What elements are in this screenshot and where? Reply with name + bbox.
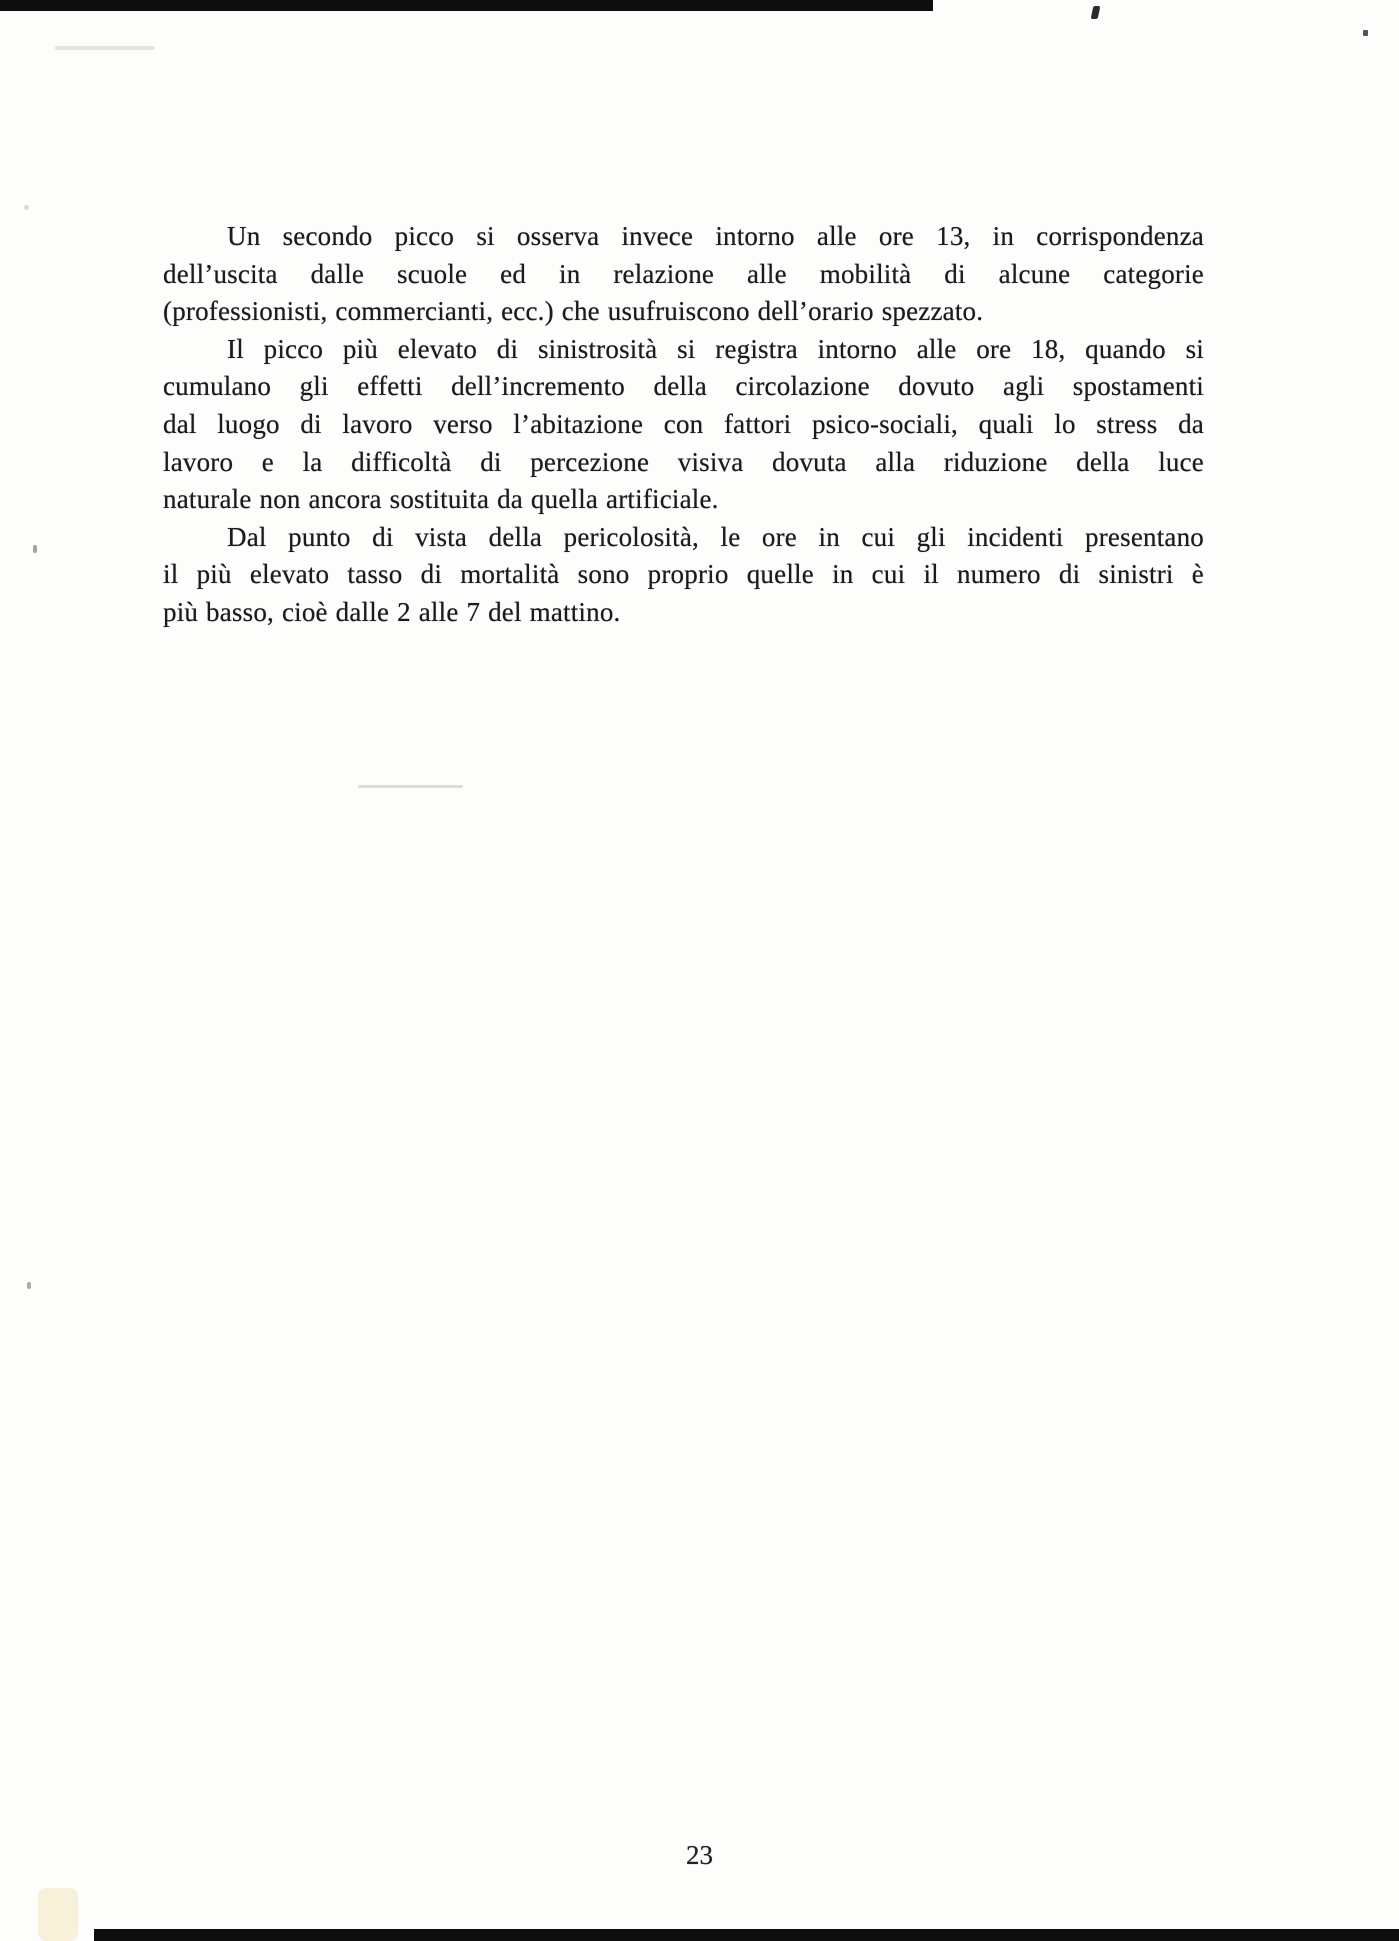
text-line: naturale non ancora sostituita da quella…	[163, 481, 1204, 519]
text-line: Un secondo picco si osserva invece intor…	[163, 218, 1204, 256]
page-text: Un secondo picco si osserva invece intor…	[163, 218, 1204, 632]
text-line: dell’uscita dalle scuole ed in relazione…	[163, 256, 1204, 294]
text-line: cumulano gli effetti dell’incremento del…	[163, 368, 1204, 406]
scan-smudge	[358, 785, 463, 788]
paragraph: Un secondo picco si osserva invece intor…	[163, 218, 1204, 331]
scan-speck	[1363, 30, 1368, 36]
text-line: dal luogo di lavoro verso l’abitazione c…	[163, 406, 1204, 444]
scan-speck	[33, 545, 37, 553]
scan-edge-bar-bottom	[94, 1929, 1399, 1941]
text-line: (professionisti, commercianti, ecc.) che…	[163, 293, 1204, 331]
text-line: Il picco più elevato di sinistrosità si …	[163, 331, 1204, 369]
paragraph: Dal punto di vista della pericolosità, l…	[163, 519, 1204, 632]
text-line: Dal punto di vista della pericolosità, l…	[163, 519, 1204, 557]
scan-smudge	[55, 46, 155, 50]
scan-speck	[24, 205, 29, 210]
scan-speck	[1091, 6, 1101, 19]
text-line: più basso, cioè dalle 2 alle 7 del matti…	[163, 594, 1204, 632]
page-number: 23	[0, 1840, 1399, 1871]
document-page: Un secondo picco si osserva invece intor…	[0, 0, 1399, 1941]
scan-stain	[38, 1888, 78, 1941]
scan-edge-bar-top	[0, 0, 933, 11]
paragraph: Il picco più elevato di sinistrosità si …	[163, 331, 1204, 519]
scan-speck	[27, 1282, 31, 1289]
text-line: il più elevato tasso di mortalità sono p…	[163, 556, 1204, 594]
text-line: lavoro e la difficoltà di percezione vis…	[163, 444, 1204, 482]
